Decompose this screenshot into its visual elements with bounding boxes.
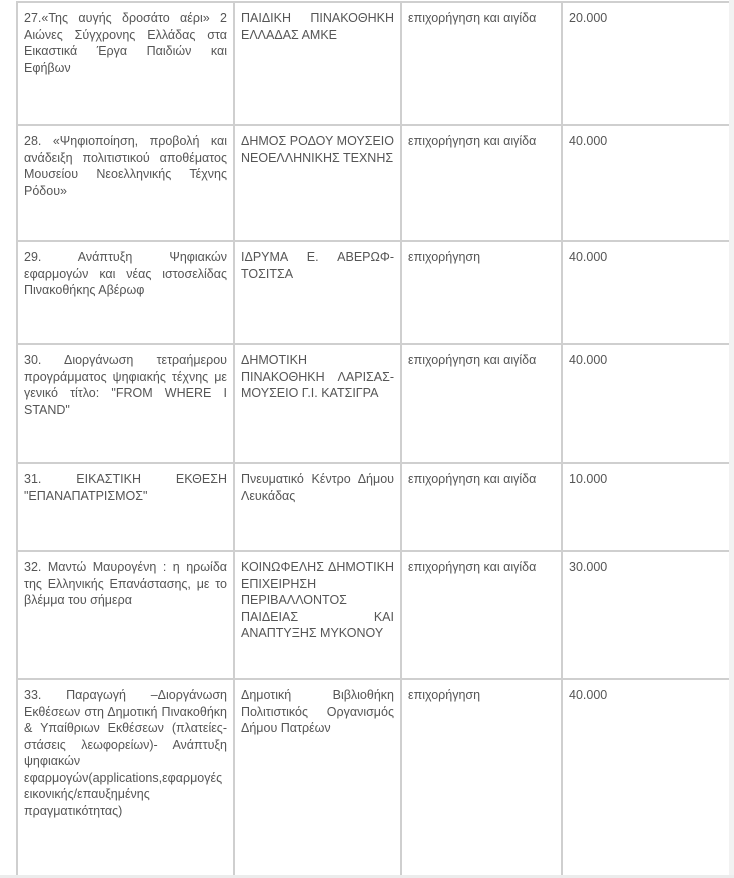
amount-cell: 40.000 (562, 344, 730, 463)
organization-cell: Δημοτική Βιβλιοθήκη Πολιτιστικός Οργανισ… (234, 679, 401, 878)
support-type-cell: επιχορήγηση και αιγίδα (401, 463, 562, 551)
page-right-edge (729, 0, 734, 878)
table-row: 32. Μαντώ Μαυρογένη : η ηρωίδα της Ελλην… (17, 551, 730, 679)
organization-cell: ΔΗΜΟΣ ΡΟΔΟΥ ΜΟΥΣΕΙΟ ΝΕΟΕΛΛΗΝΙΚΗΣ ΤΕΧΝΗΣ (234, 125, 401, 241)
organization-cell: ΚΟΙΝΩΦΕΛΗΣ ΔΗΜΟΤΙΚΗ ΕΠΙΧΕΙΡΗΣΗ ΠΕΡΙΒΑΛΛΟ… (234, 551, 401, 679)
table-row: 29. Ανάπτυξη Ψηφιακών εφαρμογών και νέας… (17, 241, 730, 344)
page-margin (0, 0, 16, 878)
table-row: 27.«Της αυγής δροσάτο αέρι» 2 Αιώνες Σύγ… (17, 2, 730, 125)
project-title-cell: 27.«Της αυγής δροσάτο αέρι» 2 Αιώνες Σύγ… (17, 2, 234, 125)
organization-cell: ΔΗΜΟΤΙΚΗ ΠΙΝΑΚΟΘΗΚΗ ΛΑΡΙΣΑΣ-ΜΟΥΣΕΙΟ Γ.Ι.… (234, 344, 401, 463)
amount-cell: 40.000 (562, 125, 730, 241)
grants-table: 27.«Της αυγής δροσάτο αέρι» 2 Αιώνες Σύγ… (16, 1, 731, 878)
project-title-cell: 29. Ανάπτυξη Ψηφιακών εφαρμογών και νέας… (17, 241, 234, 344)
support-type-cell: επιχορήγηση και αιγίδα (401, 125, 562, 241)
organization-cell: ΠΑΙΔΙΚΗ ΠΙΝΑΚΟΘΗΚΗ ΕΛΛΑΔΑΣ ΑΜΚΕ (234, 2, 401, 125)
organization-cell: Πνευματικό Κέντρο Δήμου Λευκάδας (234, 463, 401, 551)
amount-cell: 20.000 (562, 2, 730, 125)
project-title-cell: 32. Μαντώ Μαυρογένη : η ηρωίδα της Ελλην… (17, 551, 234, 679)
support-type-cell: επιχορήγηση και αιγίδα (401, 551, 562, 679)
project-title-cell: 30. Διοργάνωση τετραήμερου προγράμματος … (17, 344, 234, 463)
amount-cell: 40.000 (562, 679, 730, 878)
amount-cell: 10.000 (562, 463, 730, 551)
table-row: 31. ΕΙΚΑΣΤΙΚΗ ΕΚΘΕΣΗ "ΕΠΑΝΑΠΑΤΡΙΣΜΟΣ" Πν… (17, 463, 730, 551)
support-type-cell: επιχορήγηση και αιγίδα (401, 344, 562, 463)
amount-cell: 40.000 (562, 241, 730, 344)
table-row: 28. «Ψηφιοποίηση, προβολή και ανάδειξη π… (17, 125, 730, 241)
project-title-cell: 31. ΕΙΚΑΣΤΙΚΗ ΕΚΘΕΣΗ "ΕΠΑΝΑΠΑΤΡΙΣΜΟΣ" (17, 463, 234, 551)
support-type-cell: επιχορήγηση (401, 241, 562, 344)
table-row: 30. Διοργάνωση τετραήμερου προγράμματος … (17, 344, 730, 463)
table-row: 33. Παραγωγή –Διοργάνωση Εκθέσεων στη Δη… (17, 679, 730, 878)
organization-cell: ΙΔΡΥΜΑ Ε. ΑΒΕΡΩΦ-ΤΟΣΙΤΣΑ (234, 241, 401, 344)
project-title-cell: 28. «Ψηφιοποίηση, προβολή και ανάδειξη π… (17, 125, 234, 241)
project-title-cell: 33. Παραγωγή –Διοργάνωση Εκθέσεων στη Δη… (17, 679, 234, 878)
amount-cell: 30.000 (562, 551, 730, 679)
support-type-cell: επιχορήγηση και αιγίδα (401, 2, 562, 125)
support-type-cell: επιχορήγηση (401, 679, 562, 878)
